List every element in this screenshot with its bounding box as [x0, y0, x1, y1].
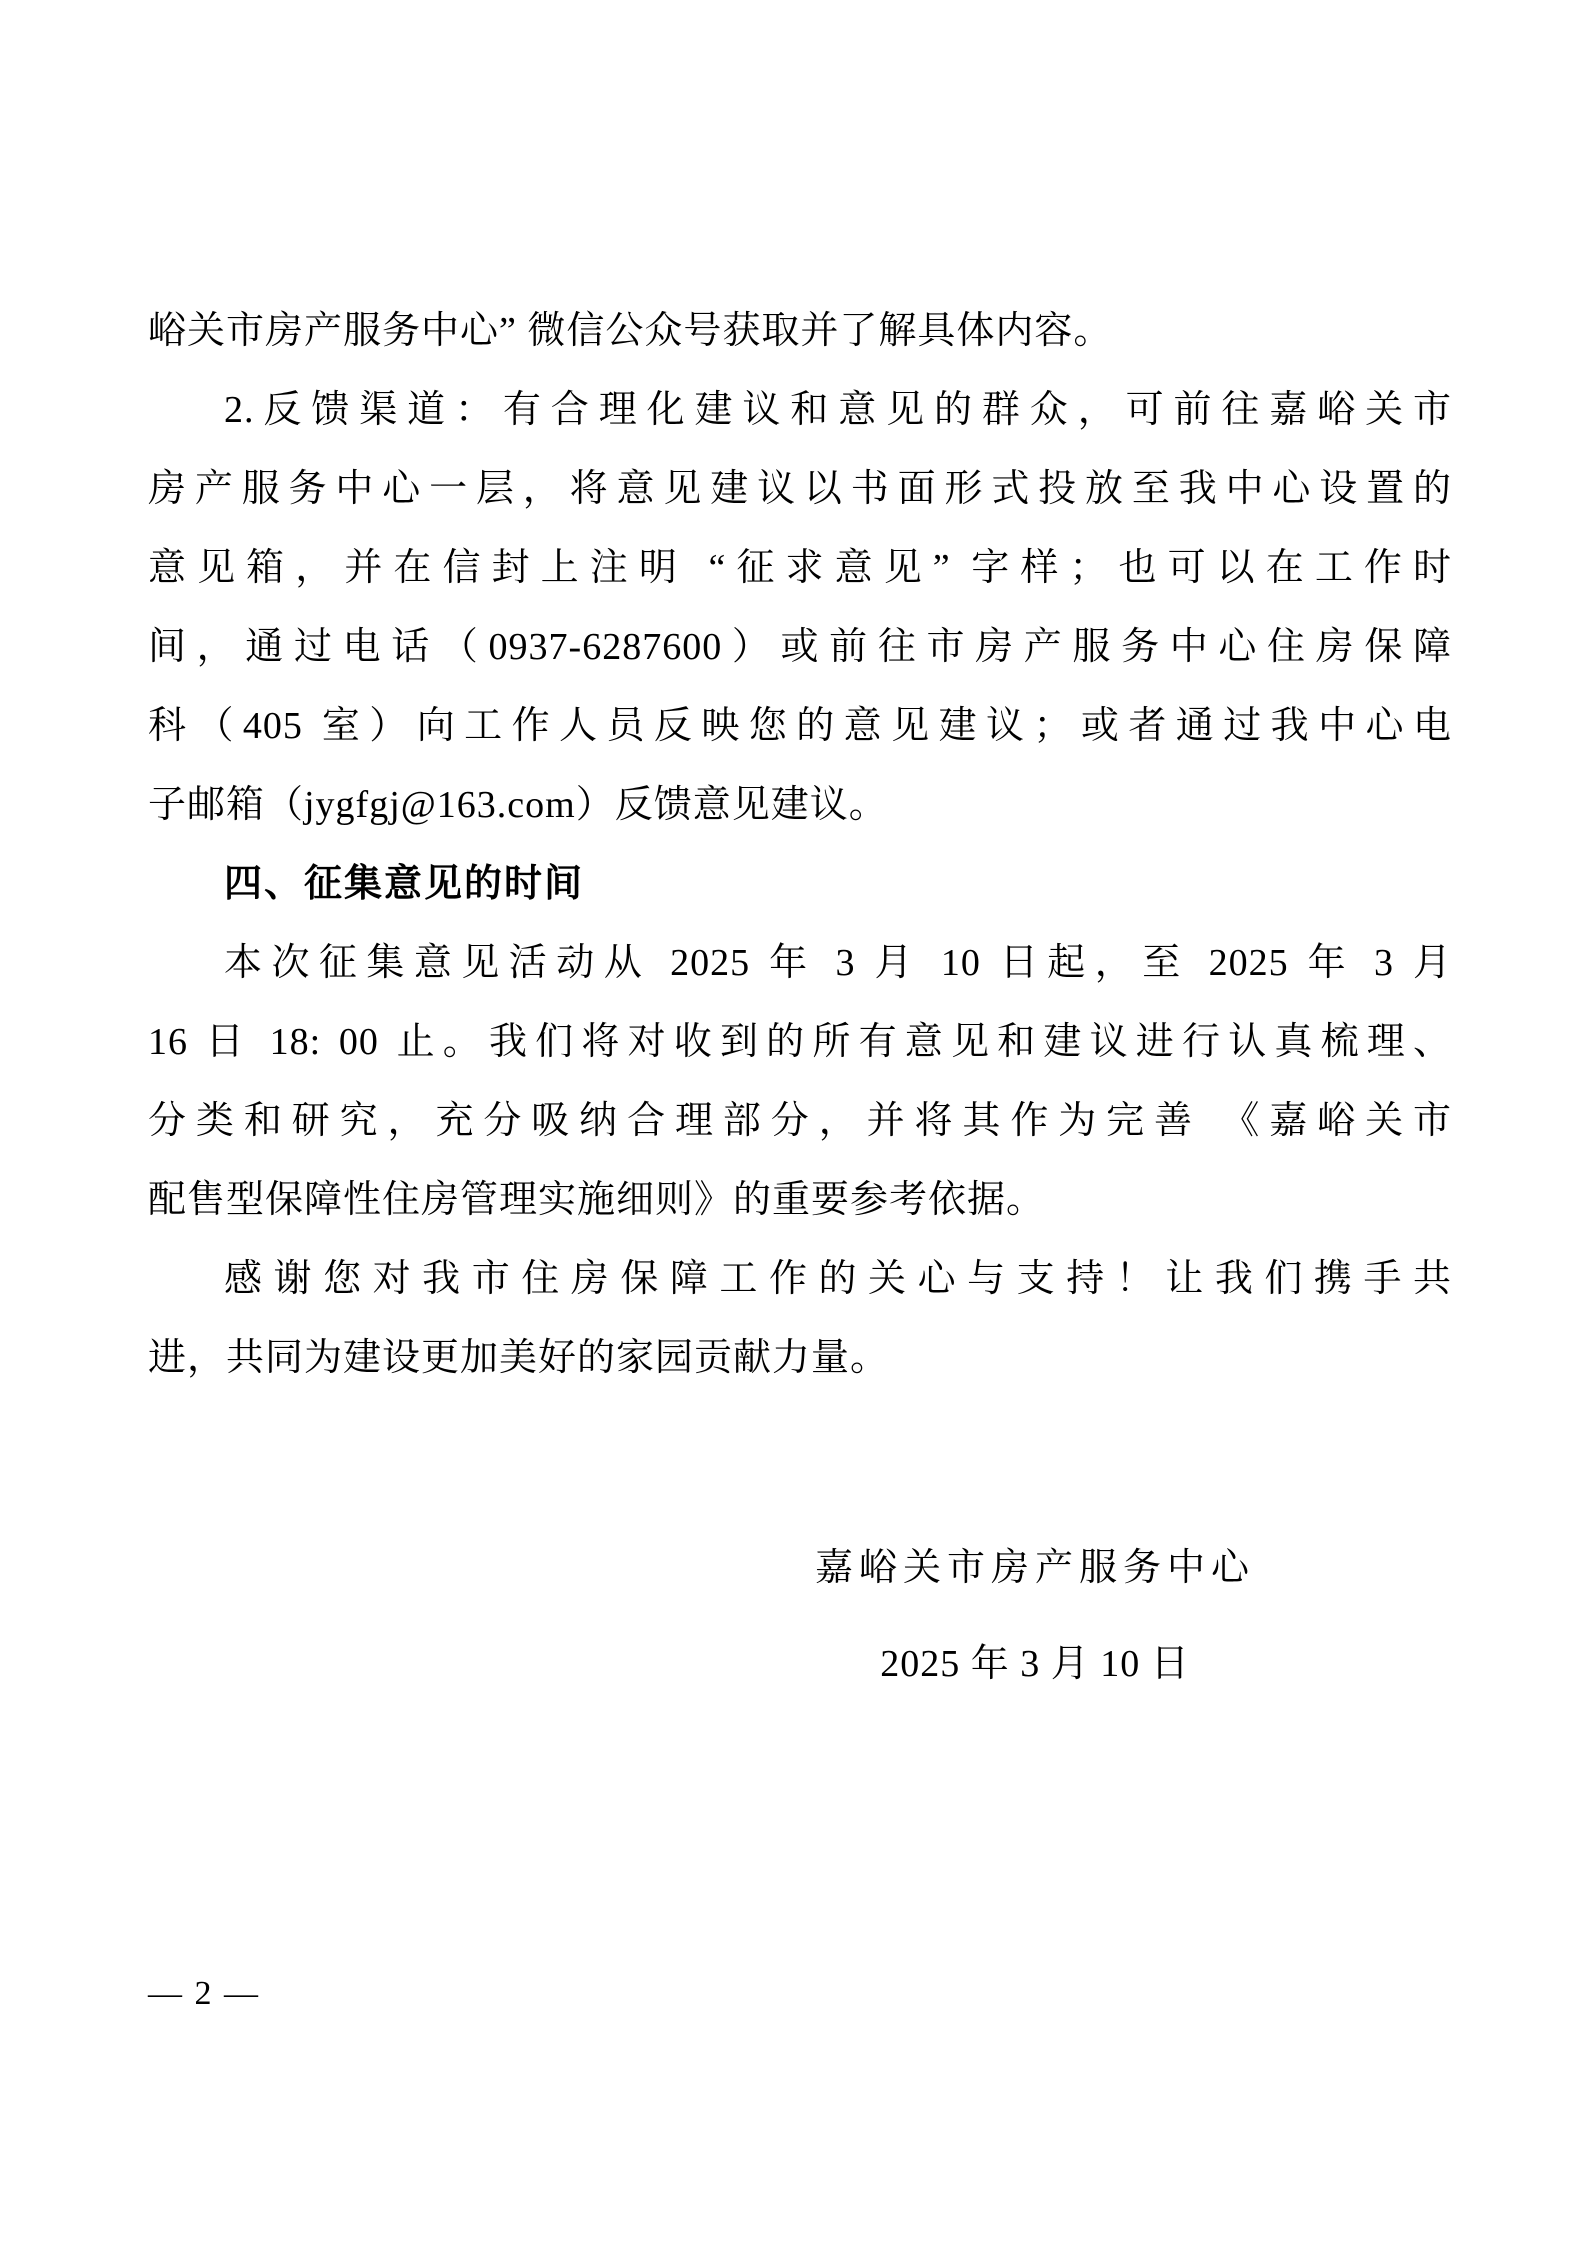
body-line: 16 日 18: 00 止。我们将对收到的所有意见和建议进行认真梳理、 [148, 1003, 1452, 1082]
body-line: 2.反馈渠道：有合理化建议和意见的群众，可前往嘉峪关市 [148, 371, 1452, 450]
signature-block: 嘉峪关市房产服务中心 2025 年 3 月 10 日 [800, 1520, 1270, 1712]
body-line: 意见箱，并在信封上注明 “征求意见” 字样；也可以在工作时 [148, 529, 1452, 608]
signature-organization: 嘉峪关市房产服务中心 [800, 1520, 1270, 1616]
body-line: 本次征集意见活动从 2025 年 3 月 10 日起，至 2025 年 3 月 [148, 924, 1452, 1003]
body-line: 科（405 室）向工作人员反映您的意见建议；或者通过我中心电 [148, 687, 1452, 766]
body-line: 分类和研究，充分吸纳合理部分，并将其作为完善 《嘉峪关市 [148, 1082, 1452, 1161]
section-heading: 四、征集意见的时间 [148, 845, 1452, 924]
document-page: 峪关市房产服务中心” 微信公众号获取并了解具体内容。 2.反馈渠道：有合理化建议… [0, 0, 1587, 2245]
document-body: 峪关市房产服务中心” 微信公众号获取并了解具体内容。 2.反馈渠道：有合理化建议… [148, 292, 1452, 1398]
body-line: 进，共同为建设更加美好的家园贡献力量。 [148, 1319, 1452, 1398]
page-number: — 2 — [148, 1972, 260, 2016]
body-line: 峪关市房产服务中心” 微信公众号获取并了解具体内容。 [148, 292, 1452, 371]
body-line: 子邮箱（jygfgj@163.com）反馈意见建议。 [148, 766, 1452, 845]
signature-date: 2025 年 3 月 10 日 [800, 1616, 1270, 1712]
body-line: 配售型保障性住房管理实施细则》的重要参考依据。 [148, 1161, 1452, 1240]
body-line: 感谢您对我市住房保障工作的关心与支持！让我们携手共 [148, 1240, 1452, 1319]
body-line: 房产服务中心一层，将意见建议以书面形式投放至我中心设置的 [148, 450, 1452, 529]
body-line: 间，通过电话（0937-6287600）或前往市房产服务中心住房保障 [148, 608, 1452, 687]
